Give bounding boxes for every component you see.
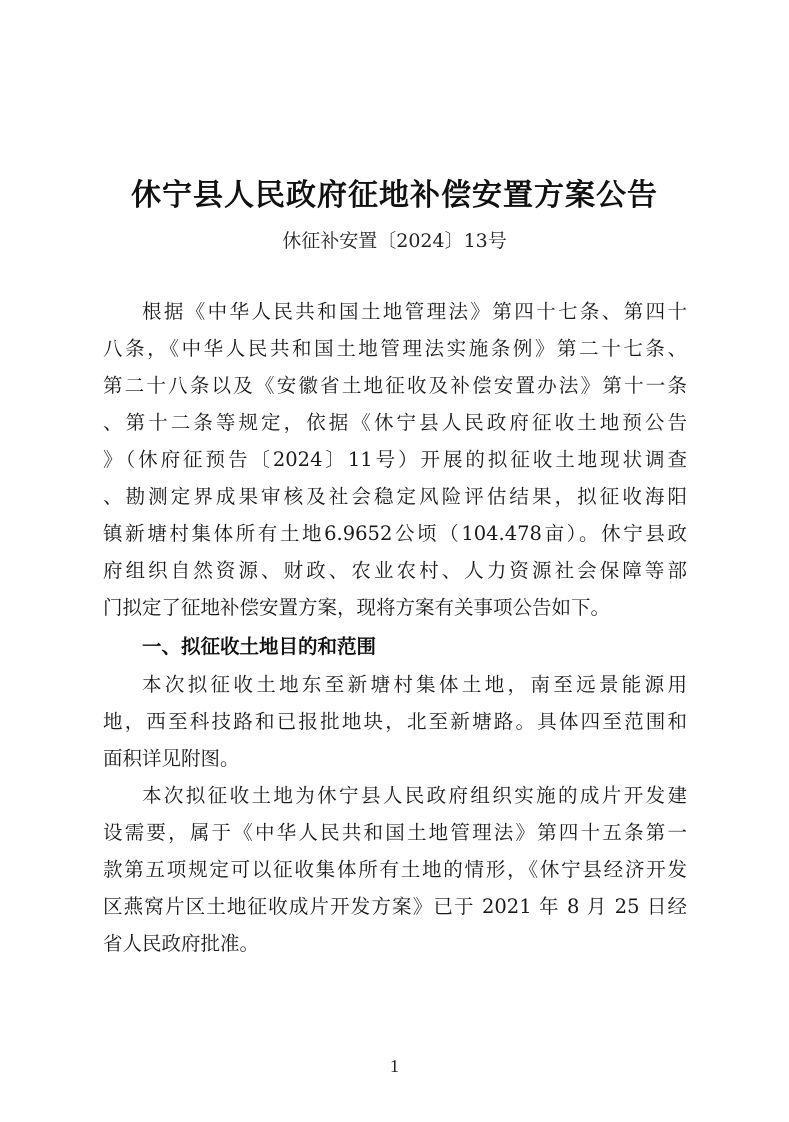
document-title: 休宁县人民政府征地补偿安置方案公告 (0, 170, 789, 214)
body-line: 省人民政府批准。 (103, 929, 687, 959)
body-line: 面积详见附图。 (103, 744, 687, 774)
body-line: 镇新塘村集体所有土地6.9652公顷（104.478亩）。休宁县政 (103, 519, 687, 549)
page-number: 1 (0, 1056, 789, 1077)
body-line: 第二十八条以及《安徽省土地征收及补偿安置办法》第十一条 (103, 371, 687, 401)
body-line: 八条，《中华人民共和国土地管理法实施条例》第二十七条、 (103, 334, 687, 364)
body-line: 款第五项规定可以征收集体所有土地的情形，《休宁县经济开发 (103, 855, 687, 885)
body-line: 根据《中华人民共和国土地管理法》第四十七条、第四十 (142, 297, 687, 327)
body-line: 、勘测定界成果审核及社会稳定风险评估结果，拟征收海阳 (103, 482, 687, 512)
body-line: 设需要，属于《中华人民共和国土地管理法》第四十五条第一 (103, 818, 687, 848)
document-page: 休宁县人民政府征地补偿安置方案公告 休征补安置〔2024〕13号 根据《中华人民… (0, 0, 789, 1122)
body-line: 本次拟征收土地东至新塘村集体土地，南至远景能源用 (142, 670, 687, 700)
body-line: 区燕窝片区土地征收成片开发方案》已于 2021 年 8 月 25 日经 (103, 892, 687, 922)
body-line: 府组织自然资源、财政、农业农村、人力资源社会保障等部 (103, 556, 687, 586)
body-line: 地，西至科技路和已报批地块，北至新塘路。具体四至范围和 (103, 707, 687, 737)
document-number: 休征补安置〔2024〕13号 (0, 226, 789, 253)
section-heading: 一、拟征收土地目的和范围 (142, 632, 376, 662)
body-line: 、第十二条等规定，依据《休宁县人民政府征收土地预公告 (103, 408, 687, 438)
body-line: 门拟定了征地补偿安置方案，现将方案有关事项公告如下。 (103, 593, 687, 623)
body-line: 》（休府征预告〔2024〕11号）开展的拟征收土地现状调查 (103, 445, 687, 475)
body-line: 本次拟征收土地为休宁县人民政府组织实施的成片开发建 (142, 781, 687, 811)
